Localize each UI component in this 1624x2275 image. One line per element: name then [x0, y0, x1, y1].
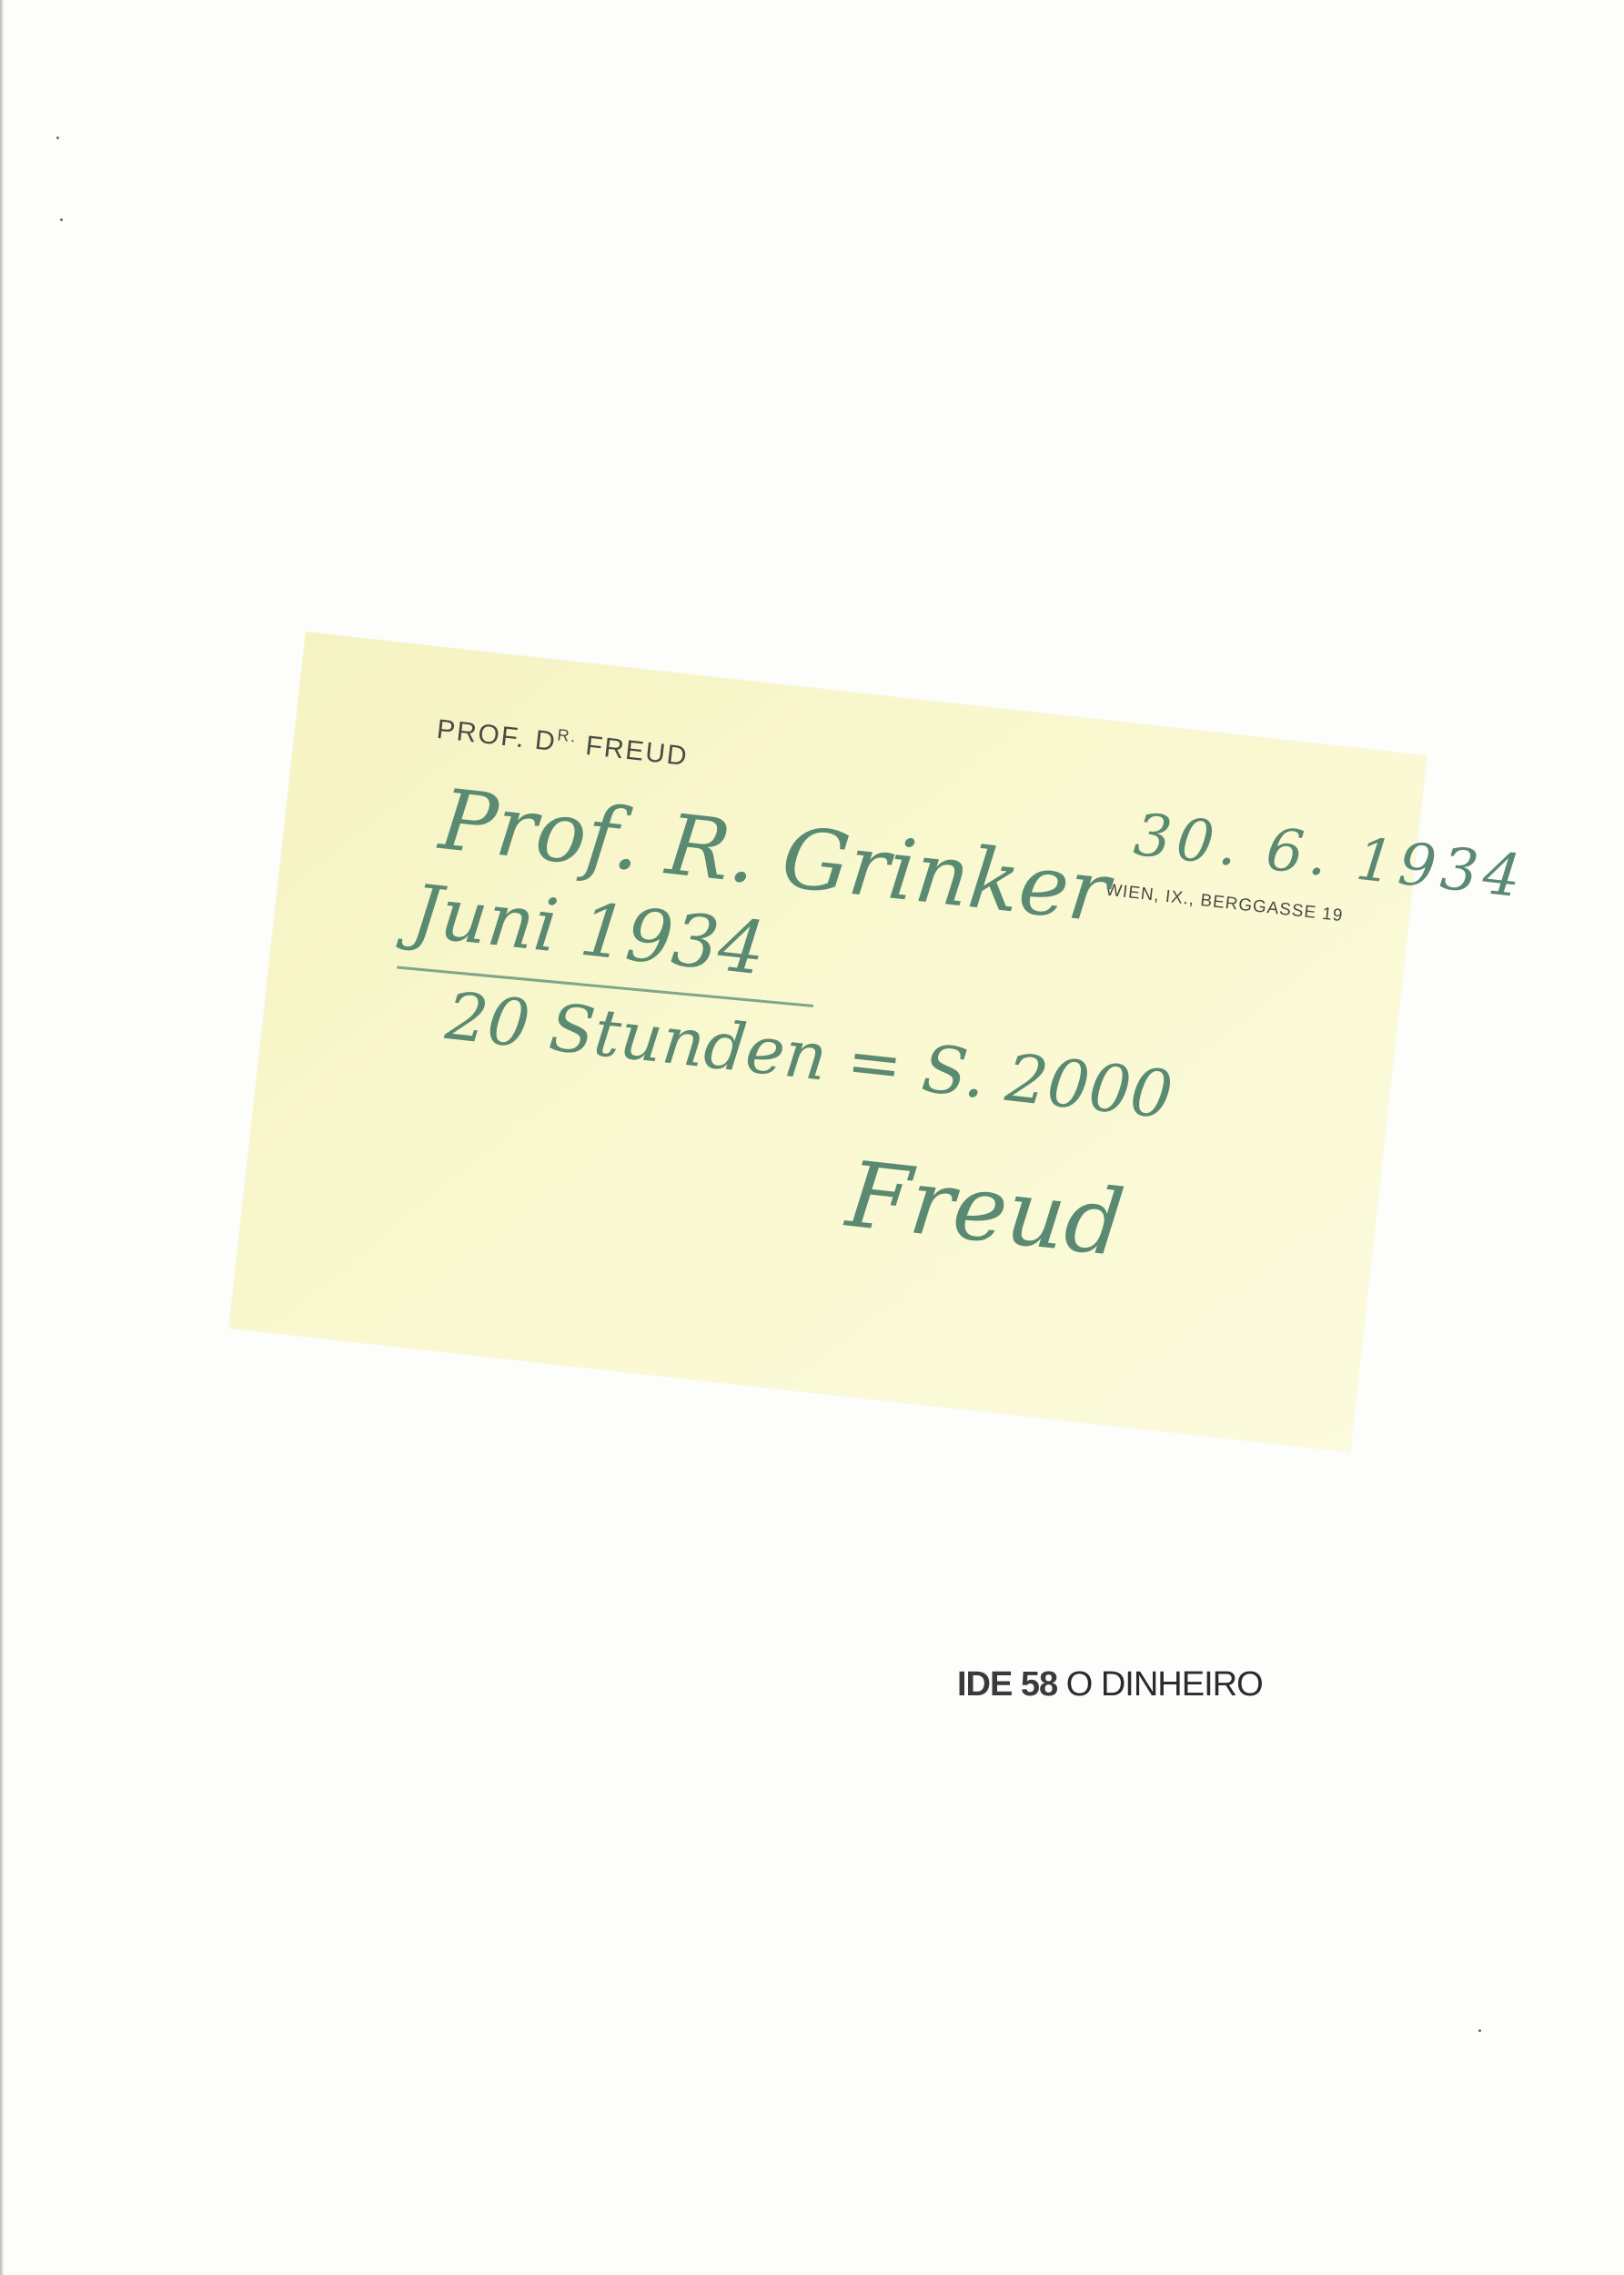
letterhead-name-suffix: FREUD — [575, 730, 691, 772]
cover-title: IDE 58 O DINHEIRO — [957, 1665, 1263, 1704]
dust-speck — [56, 136, 59, 139]
freud-receipt-card: PROF. DR. FREUD WIEN, IX., BERGGASSE 19 … — [228, 632, 1427, 1451]
dust-speck — [1478, 2029, 1481, 2032]
page-edge — [0, 0, 4, 2275]
letterhead-name: PROF. DR. FREUD — [435, 713, 690, 773]
handwritten-hours-fee: 20 Stunden = S. 2000 — [442, 977, 1176, 1134]
dust-speck — [60, 218, 63, 221]
letterhead-name-superscript: R. — [557, 725, 579, 745]
letterhead-name-prefix: PROF. D — [435, 714, 558, 757]
cover-title-issue: IDE 58 — [957, 1665, 1057, 1704]
handwritten-signature: Freud — [842, 1141, 1129, 1278]
cover-title-theme: O DINHEIRO — [1066, 1665, 1263, 1704]
